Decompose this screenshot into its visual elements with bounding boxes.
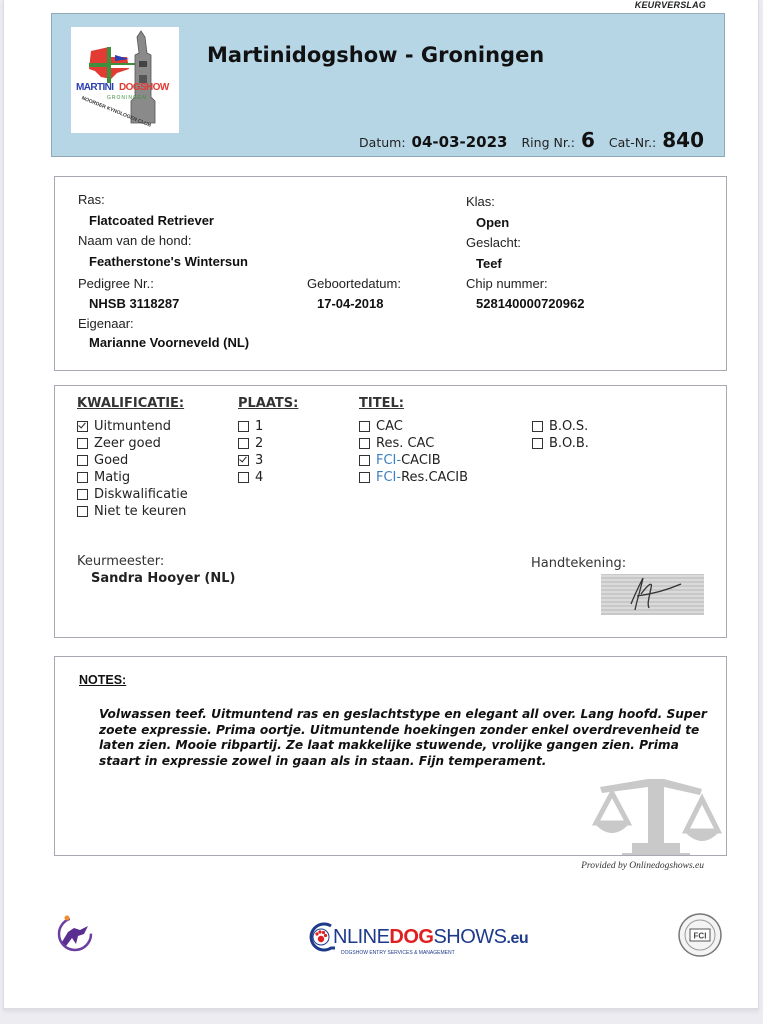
provided-by-text: Provided by Onlinedogshows.eu bbox=[581, 861, 704, 871]
checkbox-empty-icon[interactable] bbox=[77, 438, 88, 449]
club-dog-logo-icon bbox=[54, 912, 96, 954]
notes-section: NOTES: Volwassen teef. Uitmuntend ras en… bbox=[54, 656, 727, 856]
checkbox-empty-icon[interactable] bbox=[238, 438, 249, 449]
scales-of-justice-icon bbox=[592, 759, 724, 856]
title-heading: TITEL: bbox=[359, 396, 404, 411]
pedigree-value: NHSB 3118287 bbox=[89, 296, 179, 311]
report-header: MARTINI DOGSHOW GRONINGEN NOORDER KYNOLO… bbox=[51, 13, 725, 157]
checkbox-empty-icon[interactable] bbox=[359, 438, 370, 449]
onlinedogshows-logo: NLINEDOGSHOWS.eu DOGSHOW ENTRY SERVICES … bbox=[307, 920, 477, 960]
owner-value: Marianne Voorneveld (NL) bbox=[89, 335, 249, 350]
paw-icon bbox=[307, 920, 335, 954]
ods-tagline: DOGSHOW ENTRY SERVICES & MANAGEMENT bbox=[341, 950, 455, 956]
notes-text: Volwassen teef. Uitmuntend ras en geslac… bbox=[99, 707, 719, 769]
ods-part4: .eu bbox=[507, 930, 529, 947]
checkbox-label: Goed bbox=[94, 452, 128, 469]
owner-label: Eigenaar: bbox=[78, 316, 134, 331]
checkbox-label: CAC bbox=[376, 418, 403, 435]
checkbox-empty-icon[interactable] bbox=[77, 455, 88, 466]
checkbox-empty-icon[interactable] bbox=[359, 455, 370, 466]
ods-part2: DOG bbox=[389, 926, 433, 948]
checkbox-option[interactable]: B.O.S. bbox=[532, 418, 589, 435]
dog-info-section: Ras: Flatcoated Retriever Naam van de ho… bbox=[54, 176, 727, 371]
notes-heading: NOTES: bbox=[79, 673, 126, 687]
signature-label: Handtekening: bbox=[531, 556, 626, 571]
checkbox-option[interactable]: CAC bbox=[359, 418, 468, 435]
checkbox-option[interactable]: 3 bbox=[238, 452, 263, 469]
checkbox-empty-icon[interactable] bbox=[77, 506, 88, 517]
svg-text:MARTINI: MARTINI bbox=[76, 82, 114, 93]
sex-label: Geslacht: bbox=[466, 235, 521, 250]
placement-options: 1234 bbox=[238, 418, 263, 486]
fci-prefix: FCI- bbox=[376, 469, 401, 486]
checkbox-label: Res.CACIB bbox=[401, 469, 468, 486]
sex-value: Teef bbox=[476, 256, 502, 271]
ods-part3: SHOWS bbox=[433, 926, 506, 948]
document-type-label: KEURVERSLAG bbox=[635, 0, 706, 10]
checkbox-empty-icon[interactable] bbox=[359, 421, 370, 432]
checkbox-checked-icon[interactable] bbox=[77, 421, 88, 432]
checkbox-label: Zeer goed bbox=[94, 435, 161, 452]
checkbox-option[interactable]: 2 bbox=[238, 435, 263, 452]
checkbox-label: Uitmuntend bbox=[94, 418, 171, 435]
assessment-section: KWALIFICATIE: UitmuntendZeer goedGoedMat… bbox=[54, 385, 727, 638]
checkbox-label: CACIB bbox=[401, 452, 441, 469]
checkbox-option[interactable]: B.O.B. bbox=[532, 435, 589, 452]
checkbox-option[interactable]: 4 bbox=[238, 469, 263, 486]
breed-value: Flatcoated Retriever bbox=[89, 213, 214, 228]
title-options: CACRes. CACFCI-CACIBFCI-Res.CACIB bbox=[359, 418, 468, 486]
checkbox-label: Niet te keuren bbox=[94, 503, 186, 520]
checkbox-label: Res. CAC bbox=[376, 435, 434, 452]
checkbox-label: 4 bbox=[255, 469, 263, 486]
chip-label: Chip nummer: bbox=[466, 276, 548, 291]
checkbox-option[interactable]: FCI-Res.CACIB bbox=[359, 469, 468, 486]
fci-prefix: FCI- bbox=[376, 452, 401, 469]
date-label: Datum: bbox=[359, 135, 406, 150]
ring-value: 6 bbox=[581, 128, 595, 152]
checkbox-label: 3 bbox=[255, 452, 263, 469]
checkbox-label: 2 bbox=[255, 435, 263, 452]
martinidogshow-logo: MARTINI DOGSHOW GRONINGEN NOORDER KYNOLO… bbox=[71, 27, 179, 133]
checkbox-empty-icon[interactable] bbox=[532, 438, 543, 449]
checkbox-option[interactable]: Matig bbox=[77, 469, 188, 486]
judge-value: Sandra Hooyer (NL) bbox=[91, 571, 235, 586]
checkbox-empty-icon[interactable] bbox=[77, 472, 88, 483]
dog-name-label: Naam van de hond: bbox=[78, 233, 191, 248]
checkbox-option[interactable]: Goed bbox=[77, 452, 188, 469]
ods-wordmark: NLINEDOGSHOWS.eu bbox=[333, 926, 528, 949]
title-extra-options: B.O.S.B.O.B. bbox=[532, 418, 589, 452]
ring-label: Ring Nr.: bbox=[521, 135, 575, 150]
qualification-heading: KWALIFICATIE: bbox=[77, 396, 184, 411]
qualification-options: UitmuntendZeer goedGoedMatigDiskwalifica… bbox=[77, 418, 188, 520]
catalog-value: 840 bbox=[662, 128, 704, 152]
checkbox-option[interactable]: Diskwalificatie bbox=[77, 486, 188, 503]
birthdate-value: 17-04-2018 bbox=[317, 296, 384, 311]
judge-label: Keurmeester: bbox=[77, 554, 164, 569]
catalog-label: Cat-Nr.: bbox=[609, 135, 656, 150]
class-value: Open bbox=[476, 215, 509, 230]
class-label: Klas: bbox=[466, 194, 495, 209]
checkbox-empty-icon[interactable] bbox=[238, 472, 249, 483]
checkbox-empty-icon[interactable] bbox=[359, 472, 370, 483]
checkbox-checked-icon[interactable] bbox=[238, 455, 249, 466]
checkbox-empty-icon[interactable] bbox=[238, 421, 249, 432]
signature-image bbox=[601, 574, 704, 615]
checkbox-option[interactable]: Zeer goed bbox=[77, 435, 188, 452]
svg-text:GRONINGEN: GRONINGEN bbox=[107, 95, 147, 101]
date-value: 04-03-2023 bbox=[412, 133, 508, 151]
checkbox-option[interactable]: Res. CAC bbox=[359, 435, 468, 452]
report-page: KEURVERSLAG MARTINI DOGSHOW GRONINGEN NO… bbox=[3, 0, 759, 1010]
checkbox-option[interactable]: Niet te keuren bbox=[77, 503, 188, 520]
checkbox-label: B.O.B. bbox=[549, 435, 589, 452]
show-meta: Datum: 04-03-2023 Ring Nr.: 6 Cat-Nr.: 8… bbox=[359, 128, 704, 152]
placement-heading: PLAATS: bbox=[238, 396, 298, 411]
checkbox-label: 1 bbox=[255, 418, 263, 435]
dog-name-value: Featherstone's Wintersun bbox=[89, 254, 248, 269]
pedigree-label: Pedigree Nr.: bbox=[78, 276, 154, 291]
checkbox-empty-icon[interactable] bbox=[77, 489, 88, 500]
fci-logo-icon: FCI bbox=[677, 912, 723, 958]
checkbox-option[interactable]: Uitmuntend bbox=[77, 418, 188, 435]
checkbox-option[interactable]: 1 bbox=[238, 418, 263, 435]
checkbox-empty-icon[interactable] bbox=[532, 421, 543, 432]
checkbox-option[interactable]: FCI-CACIB bbox=[359, 452, 468, 469]
checkbox-label: B.O.S. bbox=[549, 418, 588, 435]
chip-value: 528140000720962 bbox=[476, 296, 584, 311]
ods-part1: NLINE bbox=[333, 926, 389, 948]
birthdate-label: Geboortedatum: bbox=[307, 276, 401, 291]
breed-label: Ras: bbox=[78, 192, 105, 207]
svg-text:FCI: FCI bbox=[694, 932, 707, 941]
svg-text:DOGSHOW: DOGSHOW bbox=[119, 82, 170, 93]
signature-scribble-icon bbox=[601, 574, 704, 615]
checkbox-label: Matig bbox=[94, 469, 130, 486]
logo-graphic-icon: MARTINI DOGSHOW GRONINGEN NOORDER KYNOLO… bbox=[71, 27, 179, 133]
show-title: Martinidogshow - Groningen bbox=[207, 43, 544, 67]
checkbox-label: Diskwalificatie bbox=[94, 486, 188, 503]
